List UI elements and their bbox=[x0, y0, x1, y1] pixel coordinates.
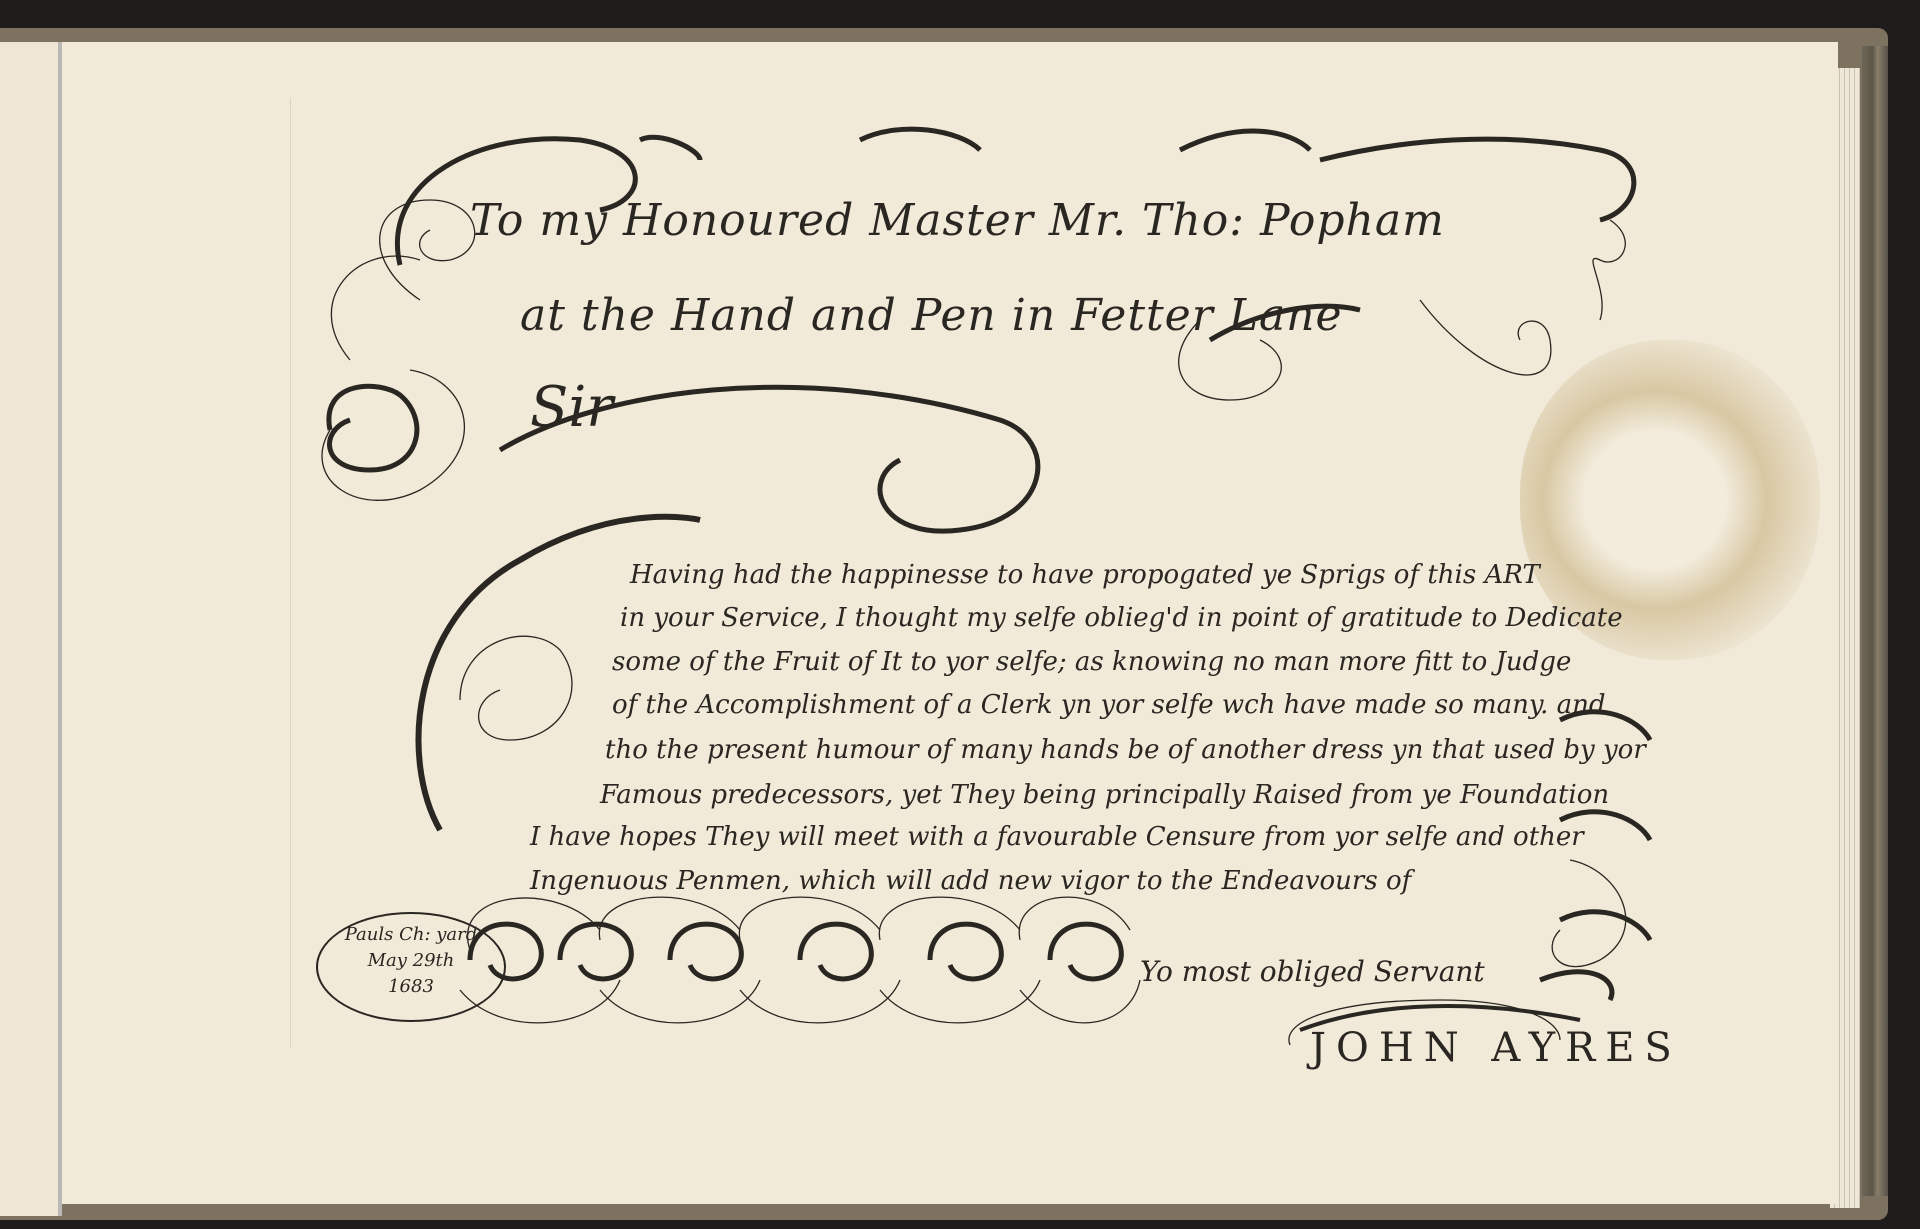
cartouche-date: May 29th bbox=[318, 948, 504, 974]
body-line: Ingenuous Penmen, which will add new vig… bbox=[530, 866, 1411, 896]
body-line: tho the present humour of many hands be … bbox=[605, 735, 1646, 765]
body-line: Famous predecessors, yet They being prin… bbox=[600, 780, 1609, 810]
heading-line-1: To my Honoured Master Mr. Tho: Popham bbox=[470, 195, 1445, 246]
body-line: in your Service, I thought my selfe obli… bbox=[620, 603, 1623, 633]
body-line: I have hopes They will meet with a favou… bbox=[530, 822, 1584, 852]
cartouche-place: Pauls Ch: yard bbox=[318, 922, 504, 948]
body-line: some of the Fruit of It to yor selfe; as… bbox=[612, 647, 1571, 677]
closing-line: Yo most obliged Servant bbox=[1140, 955, 1485, 988]
body-line: Having had the happinesse to have propog… bbox=[630, 560, 1540, 590]
salutation: Sir bbox=[530, 375, 613, 440]
signature: JOHN AYRES bbox=[1310, 1025, 1682, 1071]
body-line: of the Accomplishment of a Clerk yn yor … bbox=[612, 690, 1606, 720]
heading-line-2: at the Hand and Pen in Fetter Lane bbox=[520, 290, 1343, 341]
date-cartouche: Pauls Ch: yard May 29th 1683 bbox=[316, 912, 506, 1022]
cartouche-year: 1683 bbox=[318, 974, 504, 1000]
